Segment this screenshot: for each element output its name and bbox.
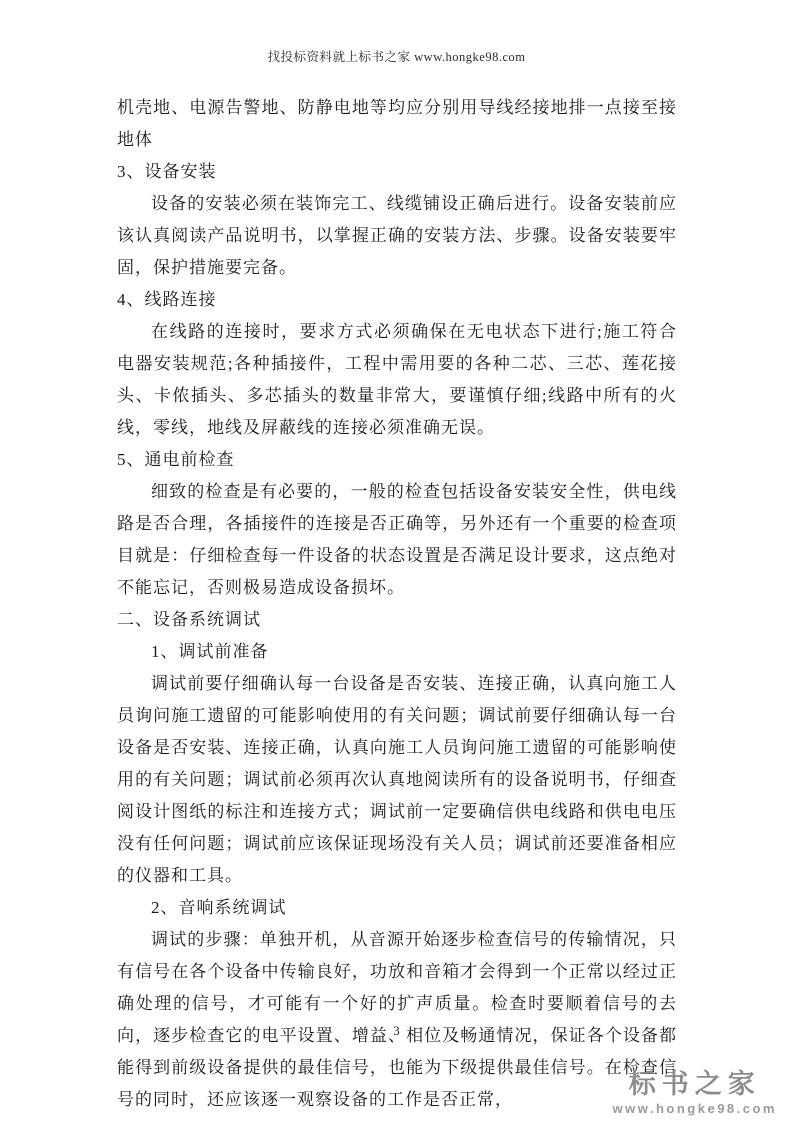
section-heading: 二、设备系统调试 (117, 604, 677, 636)
paragraph: 在线路的连接时，要求方式必须确保在无电状态下进行;施工符合电器安装规范;各种插接… (117, 316, 677, 444)
paragraph: 设备的安装必须在装饰完工、线缆铺设正确后进行。设备安装前应该认真阅读产品说明书，… (117, 188, 677, 284)
section-heading: 4、线路连接 (117, 284, 677, 316)
document-body: 机壳地、电源告警地、防静电地等均应分别用导线经接地排一点接至接地体3、设备安装设… (117, 92, 677, 1116)
paragraph: 调试前要仔细确认每一台设备是否安装、连接正确，认真向施工人员询问施工遗留的可能影… (117, 668, 677, 892)
watermark-brand-logo: 标书之家 (613, 1071, 778, 1098)
paragraph: 机壳地、电源告警地、防静电地等均应分别用导线经接地排一点接至接地体 (117, 92, 677, 156)
site-watermark: 标书之家 www.hongke98.com (613, 1071, 778, 1115)
paragraph: 细致的检查是有必要的，一般的检查包括设备安装安全性，供电线路是否合理，各插接件的… (117, 476, 677, 604)
paragraph: 调试的步骤：单独开机，从音源开始逐步检查信号的传输情况，只有信号在各个设备中传输… (117, 924, 677, 1116)
page-header: 找投标资料就上标书之家 www.hongke98.com (0, 47, 793, 65)
page-number: 3 (0, 1024, 793, 1039)
sub-section-heading: 2、音响系统调试 (117, 892, 677, 924)
section-heading: 5、通电前检查 (117, 444, 677, 476)
section-heading: 3、设备安装 (117, 156, 677, 188)
sub-section-heading: 1、调试前准备 (117, 636, 677, 668)
watermark-url: www.hongke98.com (613, 1102, 778, 1115)
